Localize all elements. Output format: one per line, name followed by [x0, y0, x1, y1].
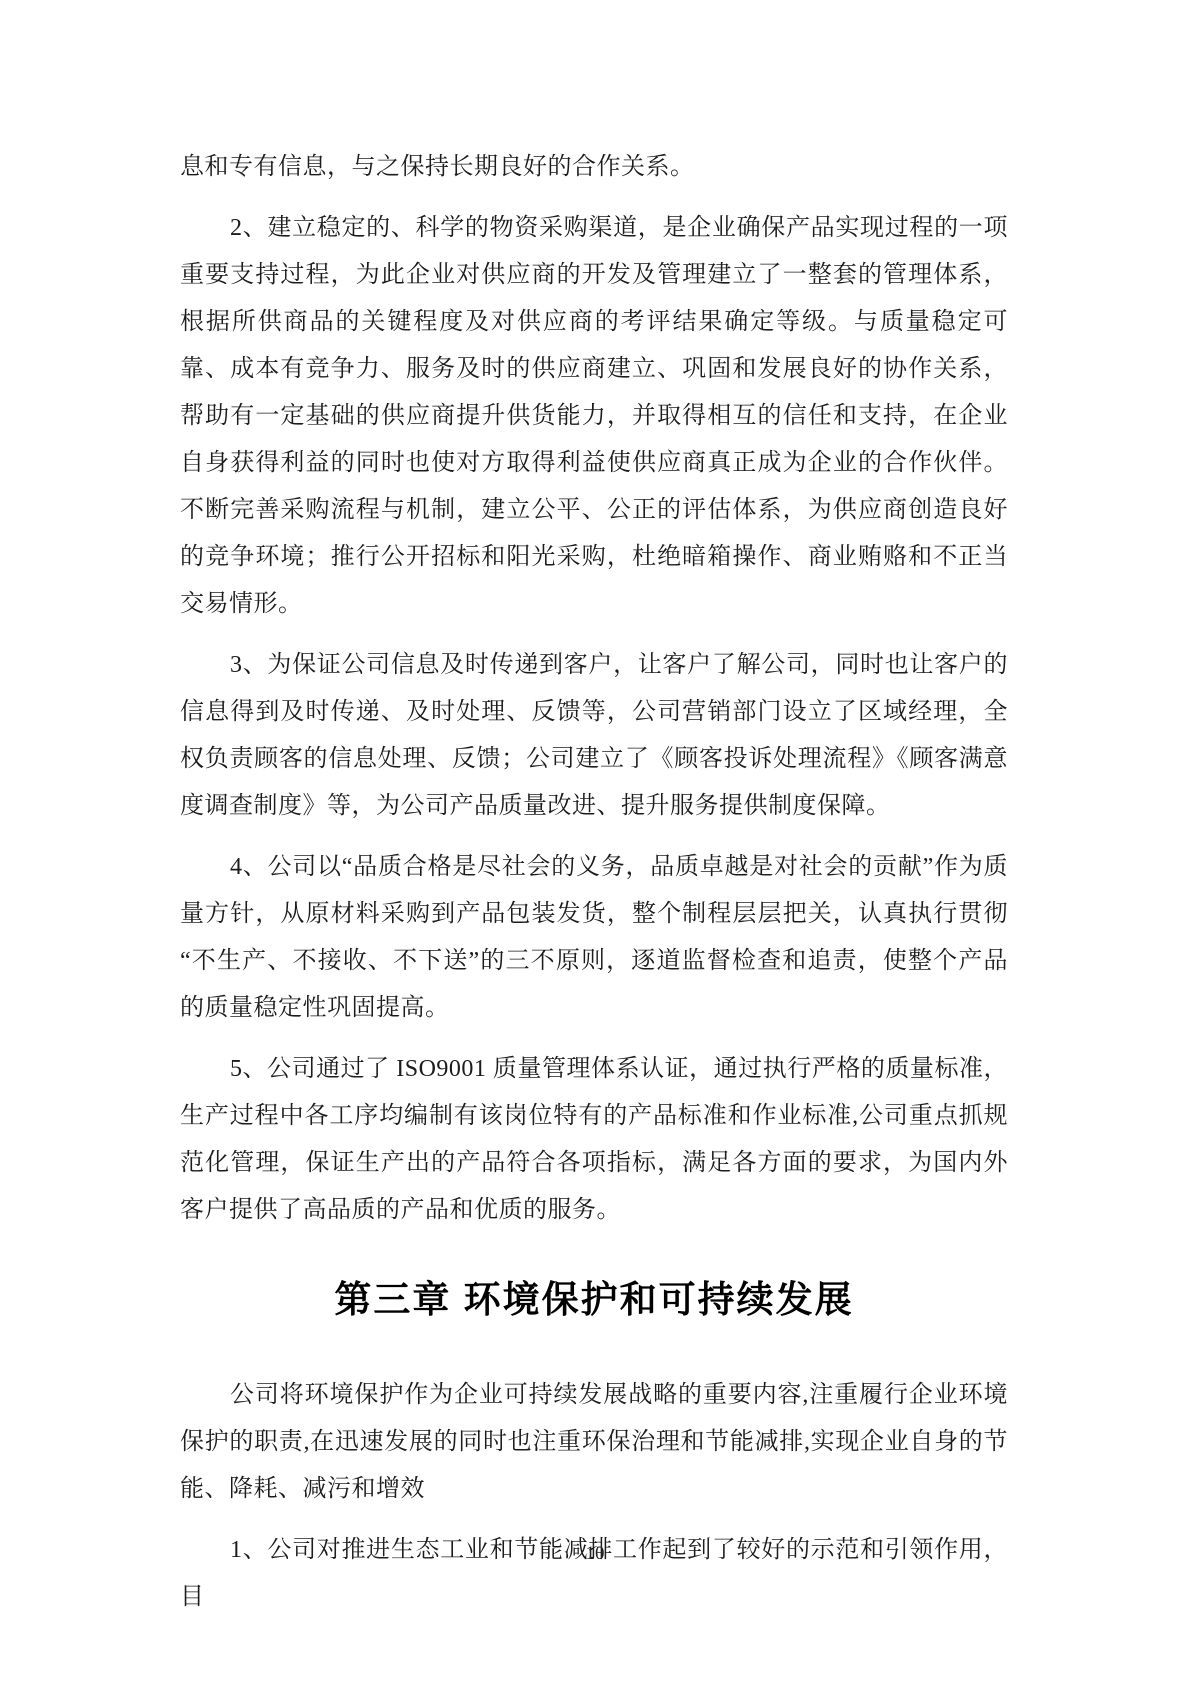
paragraph-item-5: 5、公司通过了 ISO9001 质量管理体系认证，通过执行严格的质量标准，生产过… — [180, 1046, 1008, 1234]
chapter-heading: 第三章 环境保护和可持续发展 — [180, 1272, 1008, 1328]
page-number: 10 — [0, 1543, 1190, 1565]
document-page: 息和专有信息，与之保持长期良好的合作关系。 2、建立稳定的、科学的物资采购渠道，… — [0, 0, 1190, 1683]
page-body: 息和专有信息，与之保持长期良好的合作关系。 2、建立稳定的、科学的物资采购渠道，… — [180, 144, 1008, 1621]
paragraph-item-1-next-section: 1、公司对推进生态工业和节能减排工作起到了较好的示范和引领作用，目 — [180, 1527, 1008, 1621]
paragraph-item-4: 4、公司以“品质合格是尽社会的义务，品质卓越是对社会的贡献”作为质量方针，从原材… — [180, 844, 1008, 1032]
paragraph-item-3: 3、为保证公司信息及时传递到客户，让客户了解公司，同时也让客户的信息得到及时传递… — [180, 642, 1008, 830]
paragraph-chapter-intro: 公司将环境保护作为企业可持续发展战略的重要内容,注重履行企业环境保护的职责,在迅… — [180, 1372, 1008, 1513]
paragraph-item-2: 2、建立稳定的、科学的物资采购渠道，是企业确保产品实现过程的一项重要支持过程，为… — [180, 205, 1008, 628]
paragraph-continuation: 息和专有信息，与之保持长期良好的合作关系。 — [180, 144, 1008, 191]
